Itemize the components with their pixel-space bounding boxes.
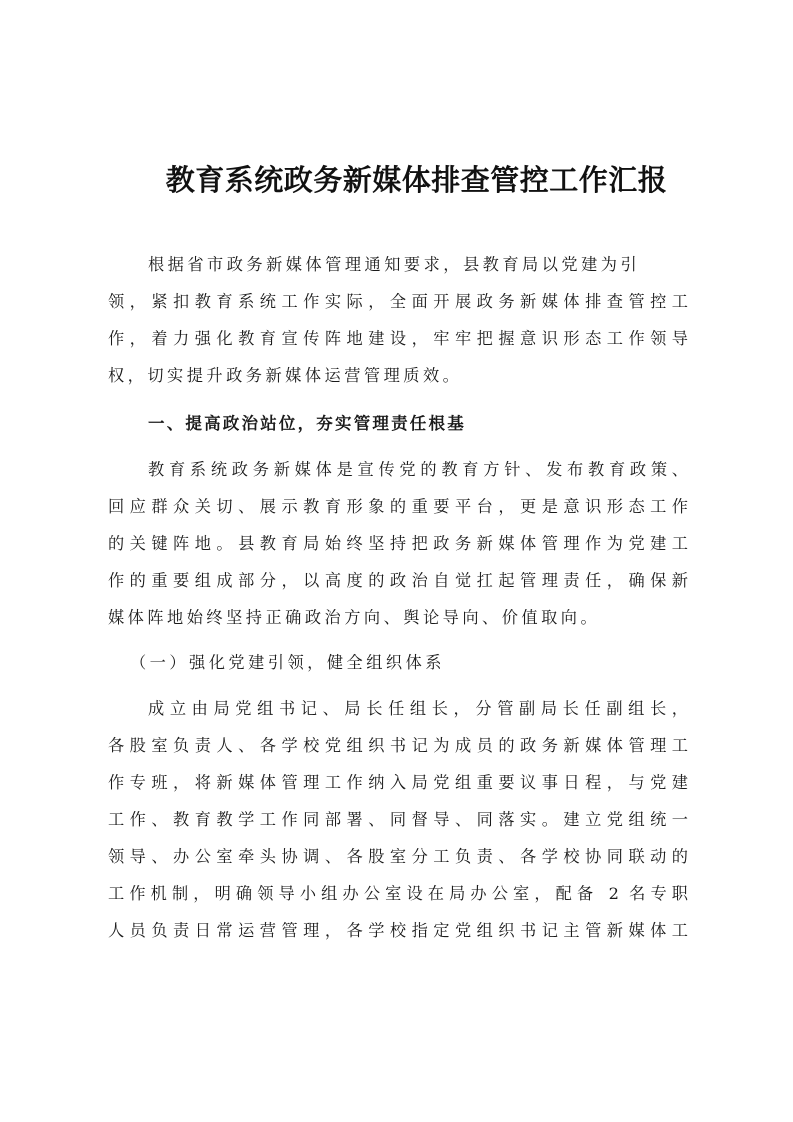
paragraph-1-line-4: 权，切实提升政务新媒体运营管理质效。 (108, 357, 688, 394)
paragraph-2-line-5: 媒体阵地始终坚持正确政治方向、舆论导向、价值取向。 (108, 599, 688, 636)
section-heading-1: 一、提高政治站位，夯实管理责任根基 (108, 405, 688, 442)
paragraph-3-line-4: 工作、教育教学工作同部署、同督导、同落实。建立党组统一 (108, 801, 688, 838)
paragraph-3-line-6: 工作机制，明确领导小组办公室设在局办公室，配备 2 名专职 (108, 875, 688, 912)
paragraph-2-line-4: 作的重要组成部分，以高度的政治自觉扛起管理责任，确保新 (108, 562, 688, 599)
paragraph-3-line-7: 人员负责日常运营管理，各学校指定党组织书记主管新媒体工 (108, 912, 688, 949)
paragraph-1-line-2: 领，紧扣教育系统工作实际，全面开展政务新媒体排查管控工 (108, 283, 688, 320)
paragraph-3-line-1: 成立由局党组书记、局长任组长，分管副局长任副组长， (108, 690, 688, 727)
paragraph-3-line-2: 各股室负责人、各学校党组织书记为成员的政务新媒体管理工 (108, 727, 688, 764)
paragraph-2-line-2: 回应群众关切、展示教育形象的重要平台，更是意识形态工作 (108, 488, 688, 525)
paragraph-3-line-3: 作专班，将新媒体管理工作纳入局党组重要议事日程，与党建 (108, 764, 688, 801)
paragraph-1-line-1: 根据省市政务新媒体管理通知要求，县教育局以党建为引 (108, 246, 688, 283)
paragraph-2-line-3: 的关键阵地。县教育局始终坚持把政务新媒体管理作为党建工 (108, 525, 688, 562)
subsection-heading-1: （一）强化党建引领，健全组织体系 (108, 644, 688, 681)
document-page: 教育系统政务新媒体排查管控工作汇报 根据省市政务新媒体管理通知要求，县教育局以党… (0, 0, 793, 1122)
paragraph-2-line-1: 教育系统政务新媒体是宣传党的教育方针、发布教育政策、 (108, 451, 688, 488)
paragraph-1-line-3: 作，着力强化教育宣传阵地建设，牢牢把握意识形态工作领导 (108, 320, 688, 357)
document-title: 教育系统政务新媒体排查管控工作汇报 (0, 160, 793, 200)
paragraph-3-line-5: 领导、办公室牵头协调、各股室分工负责、各学校协同联动的 (108, 838, 688, 875)
